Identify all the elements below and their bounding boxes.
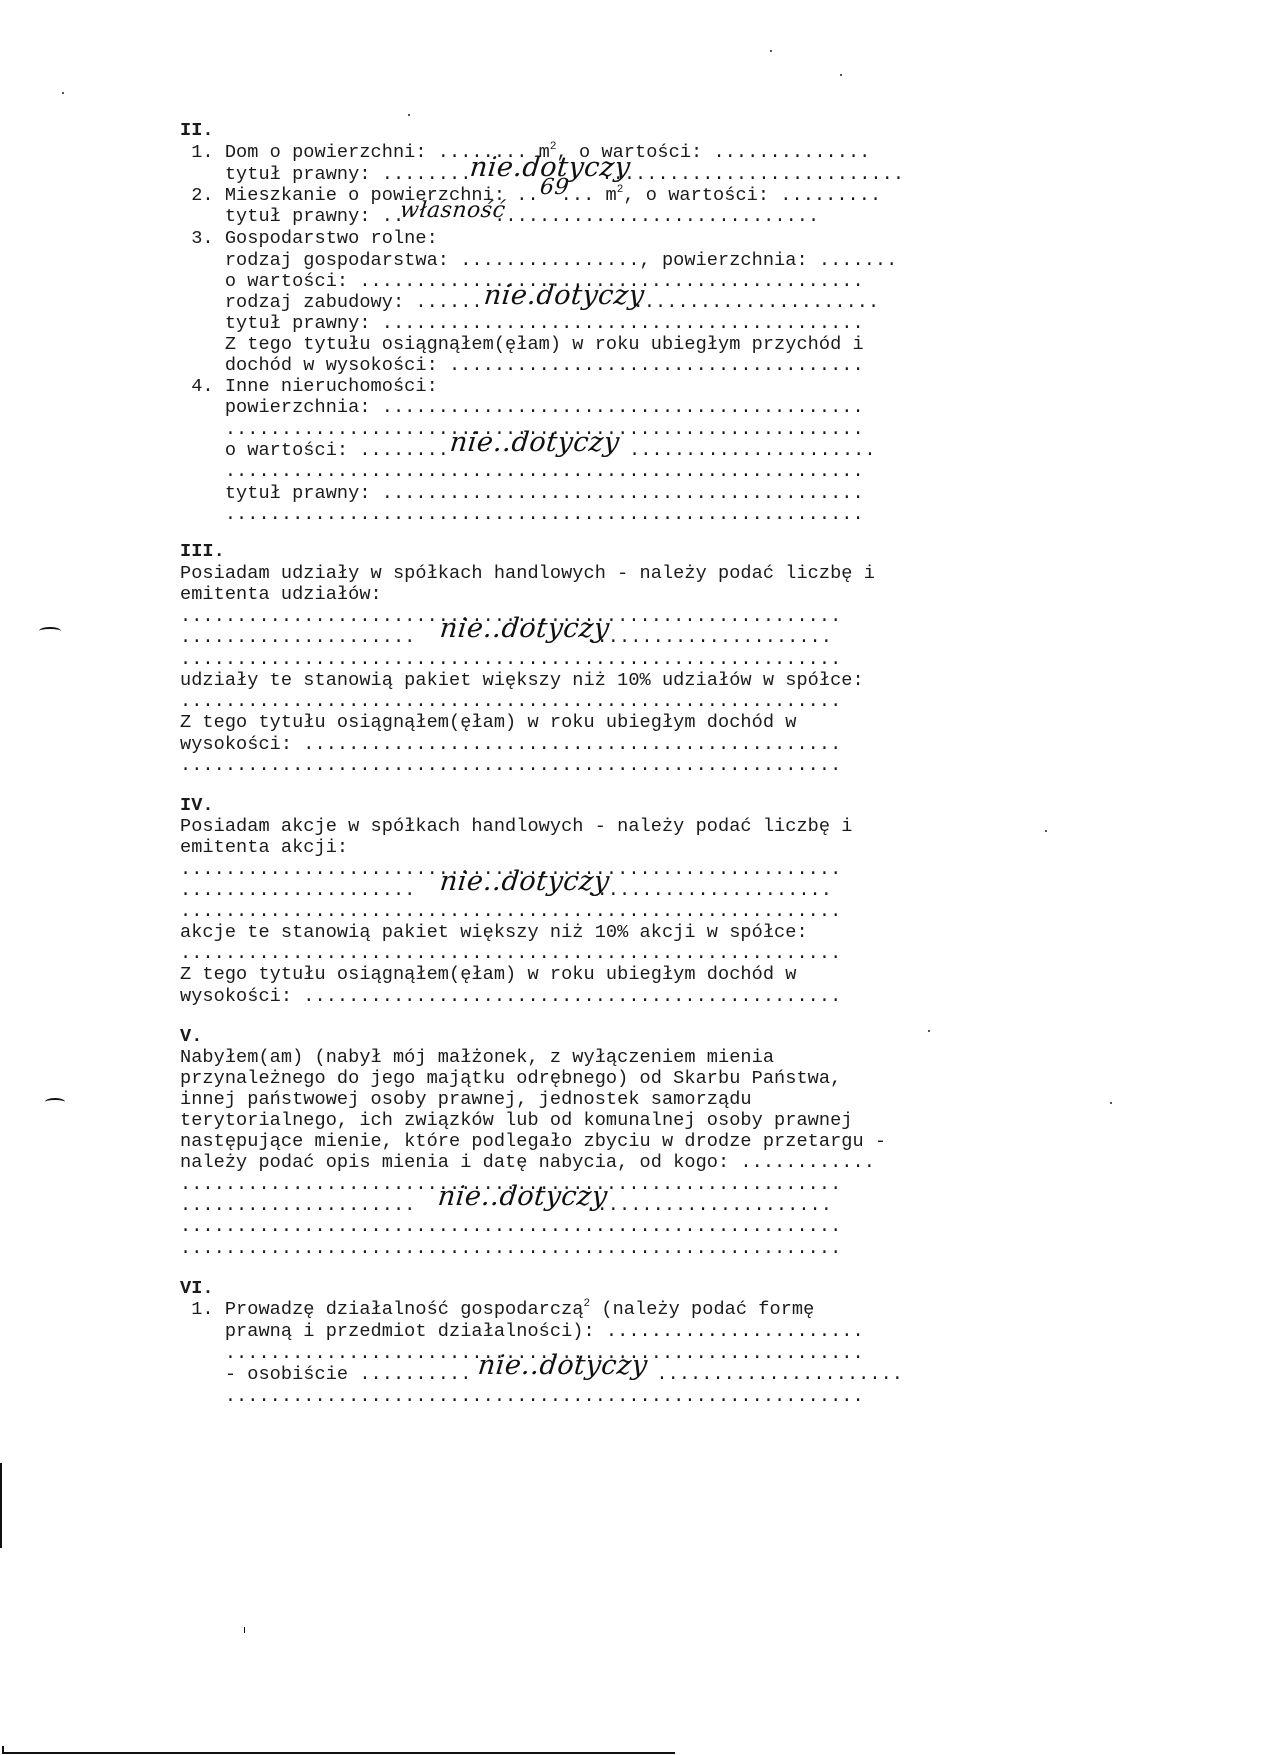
zabudowa-label: rodzaj zabudowy: ...... (180, 292, 483, 313)
gospodarstwo-przychod-line: Z tego tytułu osiągnąłem(ęłam) w roku ub… (180, 334, 864, 356)
dots: ..................... (180, 1195, 415, 1216)
dots: ...................... (656, 1364, 903, 1385)
udzialy-pakiet-dots: ........................................… (180, 691, 841, 713)
dots: ...................... (629, 440, 876, 461)
scan-speck (928, 1030, 930, 1032)
scan-speck (244, 1627, 245, 1633)
inne-dots-line-2: ........................................… (180, 461, 864, 483)
inne-wartosc-label: o wartości: ........ (180, 440, 449, 461)
udzialy-dochod-line: Z tego tytułu osiągnąłem(ęłam) w roku ub… (180, 712, 796, 734)
udzialy-wysokosc-line: wysokości: .............................… (180, 734, 841, 756)
scan-speck (1045, 830, 1047, 832)
section-vi-heading: VI. (180, 1278, 214, 1300)
udzialy-emitent-label: emitenta udziałów: (180, 584, 382, 606)
gospodarstwo-dochod-line: dochód w wysokości: ....................… (180, 355, 864, 377)
udzialy-dots-3: ........................................… (180, 649, 841, 671)
dots: ............................. (494, 206, 819, 227)
mieszkanie-powierzchnia-line: 2. Mieszkanie o powierzchni: ..... m2, o… (180, 185, 881, 207)
handwritten-mienie: nie..dotyczy (437, 1183, 609, 1211)
dots: ...................... (633, 292, 880, 313)
section-iii-heading: III. (180, 541, 225, 563)
scan-mark (39, 627, 61, 635)
dots: ...................... (585, 880, 832, 901)
handwritten-zabudowa: nie.dotyczy (483, 282, 646, 310)
dzialalnosc-hint: (należy podać formę (590, 1299, 814, 1320)
mienie-text-4: terytorialnego, ich związków lub od komu… (180, 1110, 852, 1132)
mienie-dots-3: ........................................… (180, 1216, 841, 1238)
gospodarstwo-tytul-line: tytuł prawny: ..........................… (180, 313, 864, 335)
akcje-emitent-label: emitenta akcji: (180, 837, 348, 859)
handwritten-akcje: nie..dotyczy (439, 868, 611, 896)
mienie-text-5: następujące mienie, które podlegało zbyc… (180, 1131, 886, 1153)
mienie-text-1: Nabyłem(am) (nabył mój małżonek, z wyłąc… (180, 1047, 774, 1069)
akcje-pakiet-line: akcje te stanowią pakiet większy niż 10%… (180, 922, 808, 944)
section-v-heading: V. (180, 1026, 202, 1048)
akcje-intro-line: Posiadam akcje w spółkach handlowych - n… (180, 816, 852, 838)
inne-powierzchnia-line: powierzchnia: ..........................… (180, 397, 864, 419)
udzialy-dots-4: ........................................… (180, 755, 841, 777)
mieszkanie-wartosc-label: , o wartości: ......... (623, 185, 881, 206)
osobiscie-label: - osobiście .......... (180, 1364, 471, 1385)
mienie-text-2: przynależnego do jego majątku odrębnego)… (180, 1068, 841, 1090)
dzialalnosc-dots-2: ........................................… (180, 1386, 864, 1408)
dots: ........................... (601, 164, 904, 185)
dots: ... m (561, 185, 617, 206)
scan-speck (840, 74, 842, 76)
dots: ...................... (585, 627, 832, 648)
page-bottom-edge (3, 1752, 675, 1754)
dzialalnosc-line-1: 1. Prowadzę działalność gospodarczą2 (na… (180, 1299, 814, 1321)
inne-dots-line-3: ........................................… (180, 504, 864, 526)
mienie-text-6: należy podać opis mienia i datę nabycia,… (180, 1152, 875, 1174)
dots: ..................... (180, 880, 415, 901)
dom-tytul-label: tytuł prawny: ........ (180, 164, 471, 185)
dots: ...................... (585, 1195, 832, 1216)
scan-speck (1110, 1102, 1112, 1104)
akcje-wysokosc-line: wysokości: .............................… (180, 986, 841, 1008)
mienie-dots-4: ........................................… (180, 1238, 841, 1260)
handwritten-mieszkanie-tytul: własność (399, 197, 507, 225)
udzialy-intro-line: Posiadam udziały w spółkach handlowych -… (180, 563, 875, 585)
dzialalnosc-line-2: prawną i przedmiot działalności): ......… (180, 1321, 864, 1343)
scan-mark (45, 1098, 65, 1106)
section-ii-heading: II. (180, 120, 214, 142)
scan-speck (770, 50, 772, 52)
mienie-text-3: innej państwowej osoby prawnej, jednoste… (180, 1089, 752, 1111)
scan-speck (408, 114, 410, 116)
declaration-page: II. 1. Dom o powierzchni: ........ m2, o… (0, 0, 1272, 1755)
mieszkanie-tytul-label: tytuł prawny: .. (180, 206, 404, 227)
dots: ..................... (180, 627, 415, 648)
gospodarstwo-line: 3. Gospodarstwo rolne: (180, 228, 438, 250)
udzialy-pakiet-line: udziały te stanowią pakiet większy niż 1… (180, 670, 864, 692)
dzialalnosc-label: 1. Prowadzę działalność gospodarczą (180, 1299, 584, 1320)
handwritten-osobiscie: nie..dotyczy (477, 1352, 649, 1380)
akcje-dochod-line: Z tego tytułu osiągnąłem(ęłam) w roku ub… (180, 964, 796, 986)
inne-nieruchomosci-line: 4. Inne nieruchomości: (180, 376, 438, 398)
handwritten-inne-wartosc: nie..dotyczy (449, 429, 621, 457)
gospodarstwo-rodzaj-line: rodzaj gospodarstwa: ................, p… (180, 250, 897, 272)
page-corner-mark (2, 1746, 4, 1754)
scan-edge (0, 1463, 2, 1548)
handwritten-mieszkanie-powierzchnia: 69 (539, 174, 571, 202)
inne-tytul-line: tytuł prawny: ..........................… (180, 483, 864, 505)
section-iv-heading: IV. (180, 795, 214, 817)
akcje-pakiet-dots: ........................................… (180, 943, 841, 965)
akcje-dots-3: ........................................… (180, 901, 841, 923)
scan-speck (62, 92, 64, 94)
handwritten-udzialy: nie..dotyczy (439, 615, 611, 643)
